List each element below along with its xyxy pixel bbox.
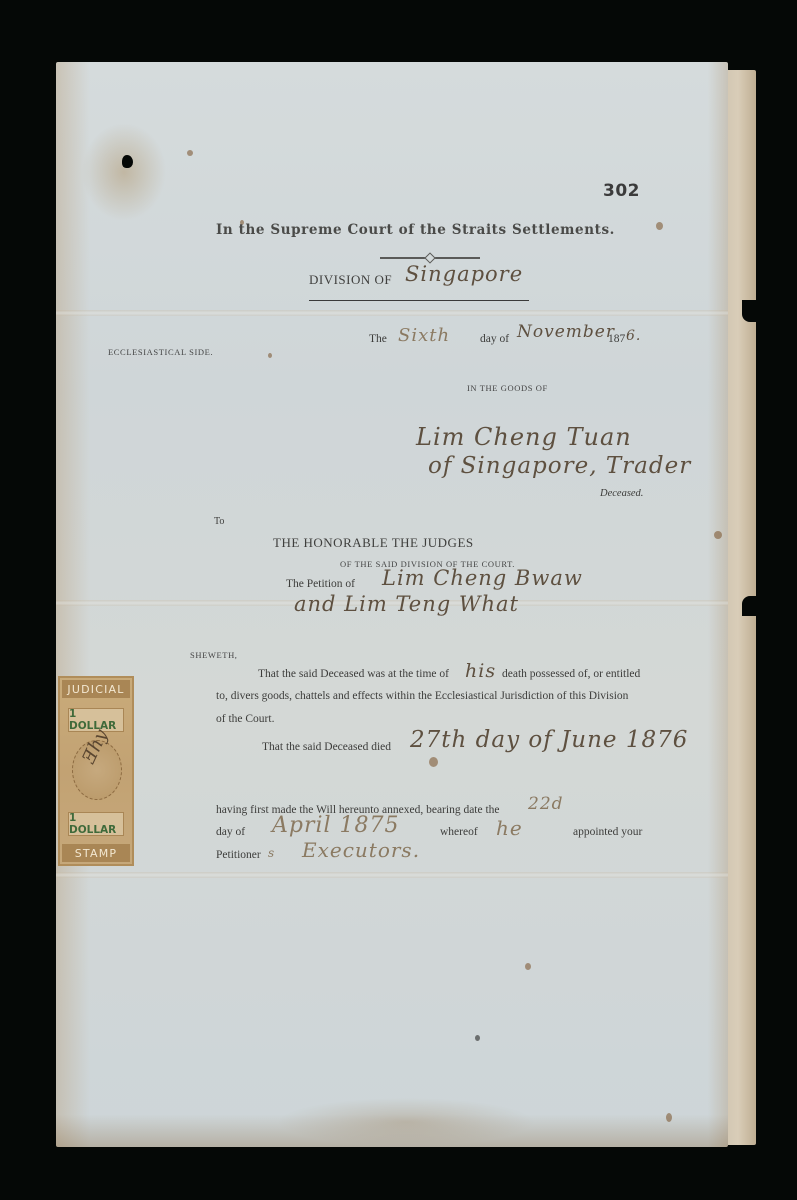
deceased-label: Deceased. — [600, 488, 643, 499]
will-month-year-handwritten: April 1875 — [272, 813, 400, 838]
date-day-handwritten: Sixth — [398, 325, 450, 346]
judicial-stamp: JUDICIAL 1 DOLLAR Ǝhy 1 DOLLAR STAMP — [58, 676, 134, 866]
date-the: The — [369, 333, 387, 345]
stain-spot — [429, 757, 438, 767]
page-number: 302 — [603, 181, 640, 201]
para1-pronoun-handwritten: his — [465, 660, 496, 682]
para1-line3: of the Court. — [216, 713, 274, 725]
stamp-bottom-label: STAMP — [62, 844, 130, 862]
addressee: THE HONORABLE THE JUDGES — [273, 535, 474, 551]
sheweth-label: Sheweth, — [190, 650, 238, 660]
stain-spot — [187, 150, 193, 156]
to-label: To — [214, 516, 224, 527]
para1-line2: to, divers goods, chattels and effects w… — [216, 690, 628, 702]
will-petitioner: Petitioner — [216, 849, 261, 861]
date-month-handwritten: November — [517, 322, 615, 342]
division-handwritten: Singapore — [405, 262, 523, 286]
will-appointed: appointed your — [573, 826, 642, 838]
petition-label: The Petition of — [286, 578, 355, 590]
deceased-name: Lim Cheng Tuan — [416, 423, 632, 451]
torn-edge — [742, 596, 762, 616]
will-role-handwritten: Executors. — [302, 838, 420, 862]
para1-part1: That the said Deceased was at the time o… — [258, 668, 449, 680]
deceased-residence: of Singapore, Trader — [428, 453, 691, 479]
will-petitioner-suffix: s — [268, 846, 275, 860]
will-pronoun-handwritten: he — [496, 816, 523, 840]
stain-spot — [714, 531, 722, 539]
stamp-value-bottom: 1 DOLLAR — [68, 812, 124, 836]
fold-crease — [56, 310, 728, 316]
division-underline — [309, 300, 529, 301]
para1-part2: death possessed of, or entitled — [502, 668, 640, 680]
petitioner-line2: and Lim Teng What — [294, 592, 519, 616]
stain-spot — [656, 222, 663, 230]
date-year-prefix: 187 — [608, 333, 625, 345]
stain-spot — [268, 353, 272, 358]
court-title: In the Supreme Court of the Straits Sett… — [216, 222, 615, 238]
date-day-of: day of — [480, 333, 509, 345]
stain-spot — [525, 963, 531, 970]
in-the-goods-of-label: In the Goods of — [467, 383, 548, 393]
fold-crease — [56, 872, 728, 878]
died-date-handwritten: 27th day of June 1876 — [410, 727, 688, 753]
died-label: That the said Deceased died — [262, 741, 391, 753]
date-year-suffix: 6. — [626, 328, 641, 344]
stain-spot — [475, 1035, 480, 1041]
stamp-top-label: JUDICIAL — [62, 680, 130, 698]
stain-spot — [666, 1113, 672, 1122]
division-label: DIVISION OF — [309, 272, 392, 288]
will-whereof: whereof — [440, 826, 478, 838]
petitioner-line1: Lim Cheng Bwaw — [382, 566, 583, 590]
torn-edge — [742, 300, 762, 322]
punch-hole — [122, 155, 133, 168]
will-day-of: day of — [216, 826, 245, 838]
ornament-divider — [380, 257, 480, 259]
side-label: Ecclesiastical side. — [108, 347, 213, 357]
will-day-handwritten: 22d — [528, 794, 564, 814]
